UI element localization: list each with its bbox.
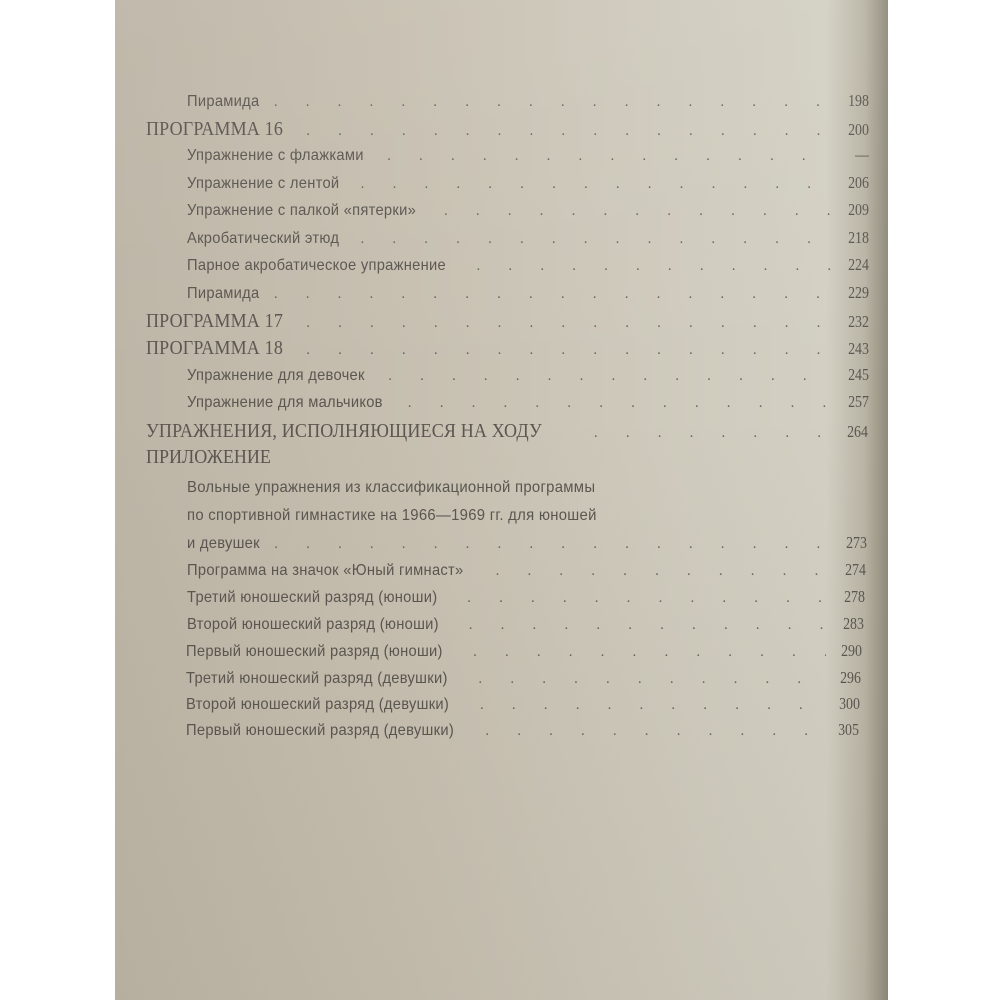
toc-entry-page: 229	[844, 283, 869, 303]
toc-entry-title: Акробатический этюд	[187, 230, 339, 248]
toc-entry-page: 198	[844, 91, 869, 111]
toc-entry-page: 274	[841, 560, 866, 580]
dot-leader: . . . . . . . . . . . . . . . . . . . . …	[473, 644, 826, 661]
toc-entry-page: 209	[844, 200, 869, 220]
toc-entry-title: УПРАЖНЕНИЯ, ИСПОЛНЯЮЩИЕСЯ НА ХОДУ	[146, 420, 542, 443]
dot-leader: . . . . . . . . . . . . . . . . . . . . …	[388, 368, 833, 385]
dot-leader: . . . . . . . . . . . . . . . . . . . . …	[478, 671, 825, 688]
toc-entry-page: 305	[834, 720, 859, 740]
book-page: Пирамида . . . . . . . . . . . . . . . .…	[115, 0, 888, 1000]
toc-entry: ПРОГРАММА 17 . . . . . . . . . . . . . .…	[146, 310, 869, 336]
toc-entry: Упражнение с флажками . . . . . . . . . …	[187, 145, 869, 171]
toc-entry: Парное акробатическое упражнение . . . .…	[187, 255, 869, 281]
toc-entry-page: 278	[840, 587, 865, 607]
toc-entry-page: 264	[843, 422, 868, 442]
toc-entry-title: Пирамида	[187, 93, 260, 111]
toc-entry-page: 296	[836, 668, 861, 688]
toc-entry-page: 224	[844, 255, 869, 275]
toc-entry: Третий юношеский разряд (девушки) . . . …	[186, 668, 861, 694]
dot-leader: . . . . . . . . . . . . . . . . . . . . …	[306, 315, 833, 332]
dot-leader: . . . . . . . . . . . . . . . . . . . . …	[408, 395, 833, 412]
toc-entry: Второй юношеский разряд (девушки) . . . …	[186, 694, 860, 720]
toc-entry: Упражнение для девочек . . . . . . . . .…	[187, 365, 869, 391]
toc-entry-title: Второй юношеский разряд (юноши)	[187, 616, 439, 634]
appendix-entry-line: по спортивной гимнастике на 1966—1969 гг…	[187, 507, 597, 525]
toc-entry-title: Упражнение для мальчиков	[187, 394, 383, 412]
toc-entry-title: Пирамида	[187, 285, 260, 303]
dot-leader: . . . . . . . . . . . . . . . . . . . . …	[274, 536, 831, 553]
toc-entry-title: Второй юношеский разряд (девушки)	[186, 696, 449, 714]
dot-leader: . . . . . . . . . . . . . . . . . . . . …	[485, 723, 823, 740]
dot-leader: . . . . . . . . . . . . . . . . . . . . …	[306, 342, 833, 359]
toc-entry-title: ПРОГРАММА 18	[146, 337, 283, 360]
toc-entry: Упражнение с лентой . . . . . . . . . . …	[187, 173, 869, 199]
dot-leader: . . . . . . . . . . . . . . . . . . . . …	[469, 617, 828, 634]
toc-entry-title: ПРОГРАММА 16	[146, 118, 283, 141]
toc-entry-page: 290	[837, 641, 862, 661]
toc-entry: УПРАЖНЕНИЯ, ИСПОЛНЯЮЩИЕСЯ НА ХОДУ . . . …	[146, 420, 868, 446]
dot-leader: . . . . . . . . . . . . . . . . . . . . …	[361, 176, 833, 193]
toc-entry: Пирамида . . . . . . . . . . . . . . . .…	[187, 91, 869, 117]
toc-entry: Первый юношеский разряд (юноши) . . . . …	[186, 641, 862, 667]
toc-entry-page: 273	[842, 533, 867, 553]
dot-leader: . . . . . . . . . . . . . . . . . . . . …	[477, 258, 833, 275]
table-of-contents: Пирамида . . . . . . . . . . . . . . . .…	[115, 0, 888, 1000]
toc-entry: Второй юношеский разряд (юноши) . . . . …	[187, 614, 864, 640]
toc-entry-page: 200	[844, 120, 869, 140]
toc-entry-title: и девушек	[187, 535, 260, 553]
toc-entry: Упражнение с палкой «пятерки» . . . . . …	[187, 200, 869, 226]
dot-leader: . . . . . . . . . . . . . . . . . . . . …	[360, 231, 833, 248]
dot-leader: . . . . . . . . . . . . . . . . . . . . …	[387, 148, 833, 165]
toc-entry-page: 245	[844, 365, 869, 385]
dot-leader: . . . . . . . . . . . . . . . . . . . . …	[467, 590, 829, 607]
toc-entry-page: 243	[844, 339, 869, 359]
toc-entry: и девушек . . . . . . . . . . . . . . . …	[187, 533, 867, 559]
toc-entry-page: 232	[844, 312, 869, 332]
toc-entry: ПРОГРАММА 16 . . . . . . . . . . . . . .…	[146, 118, 869, 144]
toc-entry-title: Упражнение с лентой	[187, 175, 339, 193]
toc-entry: Акробатический этюд . . . . . . . . . . …	[187, 228, 869, 254]
toc-entry-title: Первый юношеский разряд (юноши)	[186, 643, 443, 661]
toc-entry: Упражнение для мальчиков . . . . . . . .…	[187, 392, 869, 418]
dot-leader: . . . . . . . . . . . . . . . . . . . . …	[594, 425, 832, 442]
toc-entry-title: Третий юношеский разряд (девушки)	[186, 670, 448, 688]
toc-entry-title: Третий юношеский разряд (юноши)	[187, 589, 437, 607]
toc-entry-page: 283	[839, 614, 864, 634]
toc-entry: Программа на значок «Юный гимнаст» . . .…	[187, 560, 866, 586]
toc-entry-title: Парное акробатическое упражнение	[187, 257, 446, 275]
toc-entry-title: Упражнение с палкой «пятерки»	[187, 202, 416, 220]
toc-entry-page: —	[844, 145, 869, 165]
toc-entry-page: 257	[844, 392, 869, 412]
toc-entry-title: Программа на значок «Юный гимнаст»	[187, 562, 464, 580]
toc-entry-title: ПРОГРАММА 17	[146, 310, 283, 333]
dot-leader: . . . . . . . . . . . . . . . . . . . . …	[496, 563, 830, 580]
toc-entry: Третий юношеский разряд (юноши) . . . . …	[187, 587, 865, 613]
toc-entry-page: 218	[844, 228, 869, 248]
dot-leader: . . . . . . . . . . . . . . . . . . . . …	[306, 123, 833, 140]
dot-leader: . . . . . . . . . . . . . . . . . . . . …	[274, 94, 833, 111]
toc-entry: ПРОГРАММА 18 . . . . . . . . . . . . . .…	[146, 337, 869, 363]
toc-entry-title: Упражнение с флажками	[187, 147, 364, 165]
dot-leader: . . . . . . . . . . . . . . . . . . . . …	[480, 697, 824, 714]
toc-entry: Пирамида . . . . . . . . . . . . . . . .…	[187, 283, 869, 309]
toc-entry-title: Упражнение для девочек	[187, 367, 365, 385]
toc-entry-page: 300	[835, 694, 860, 714]
appendix-entry-line: Вольные упражнения из классификационной …	[187, 479, 595, 497]
appendix-heading: ПРИЛОЖЕНИЕ	[146, 446, 271, 469]
toc-entry-title: Первый юношеский разряд (девушки)	[186, 722, 454, 740]
dot-leader: . . . . . . . . . . . . . . . . . . . . …	[444, 203, 833, 220]
toc-entry-page: 206	[844, 173, 869, 193]
toc-entry: Первый юношеский разряд (девушки) . . . …	[186, 720, 859, 746]
dot-leader: . . . . . . . . . . . . . . . . . . . . …	[274, 286, 833, 303]
